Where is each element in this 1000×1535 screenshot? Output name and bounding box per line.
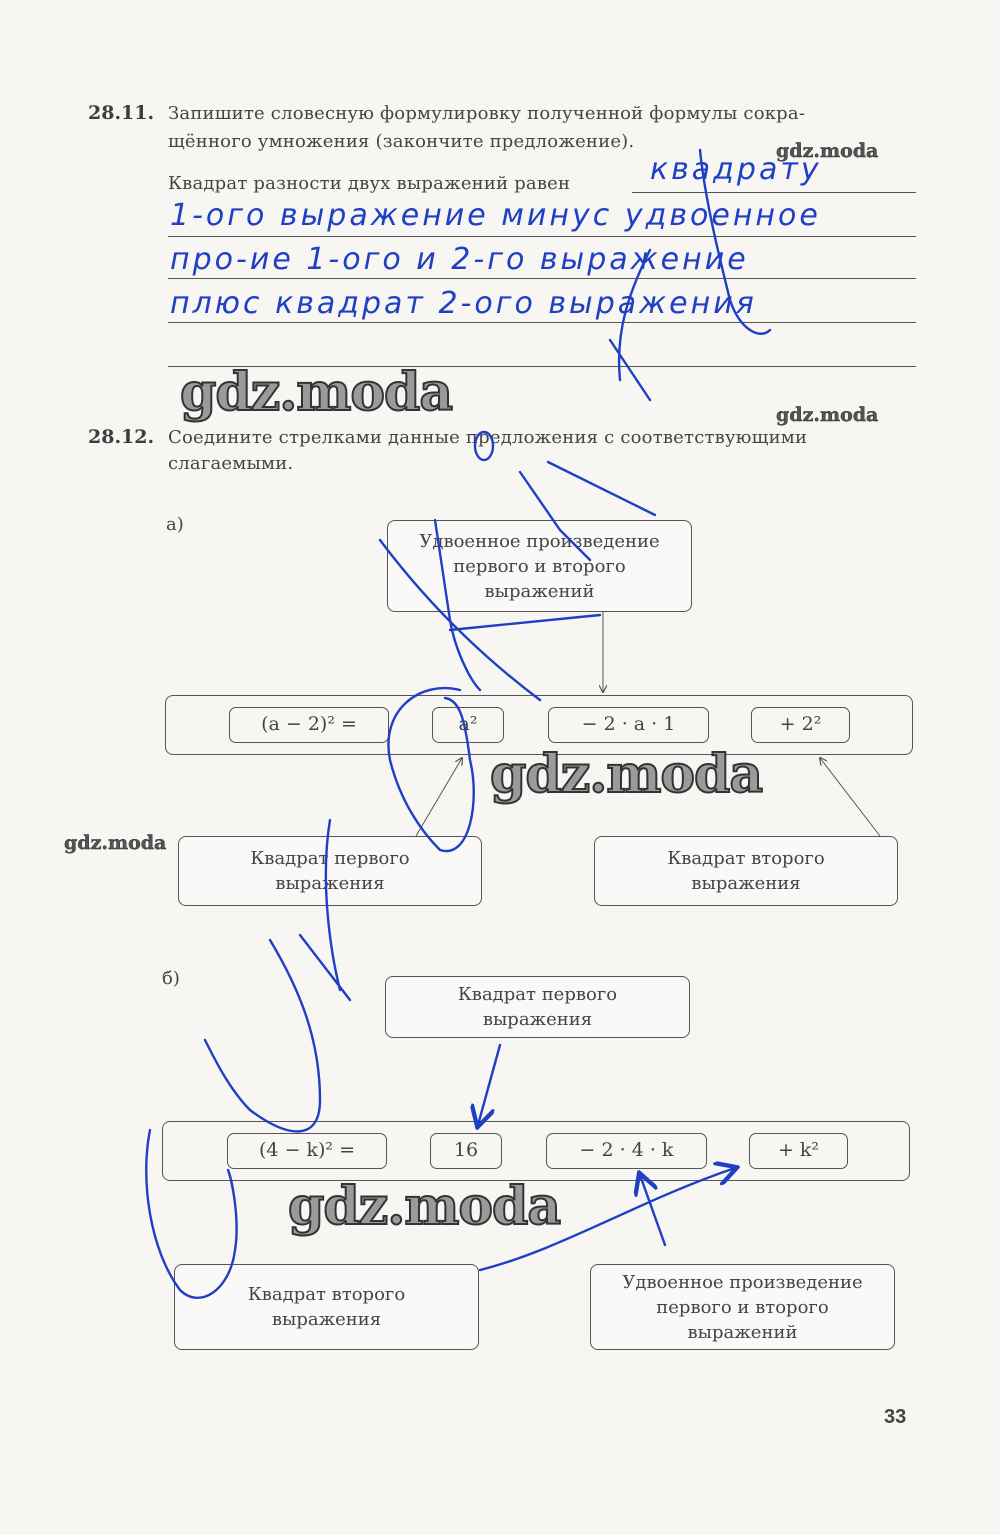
pen-arrow bbox=[640, 1175, 665, 1245]
pen-circle bbox=[475, 432, 493, 460]
pen-loop bbox=[388, 688, 473, 851]
printed-arrow bbox=[820, 758, 880, 836]
pen-loop bbox=[146, 1130, 236, 1298]
pen-stroke bbox=[300, 935, 350, 1000]
arrows-and-pen-marks bbox=[0, 0, 1000, 1535]
pen-stroke bbox=[700, 150, 770, 334]
pen-stroke bbox=[380, 540, 540, 700]
printed-arrow bbox=[416, 758, 462, 836]
pen-stroke bbox=[205, 940, 320, 1131]
pen-stroke bbox=[450, 615, 600, 630]
pen-arrow bbox=[478, 1045, 500, 1125]
pen-stroke bbox=[610, 340, 650, 400]
pen-stroke bbox=[548, 462, 655, 515]
pen-stroke bbox=[326, 820, 340, 990]
pen-arrow bbox=[480, 1168, 735, 1270]
pen-stroke bbox=[520, 472, 590, 560]
pen-stroke bbox=[435, 520, 480, 690]
